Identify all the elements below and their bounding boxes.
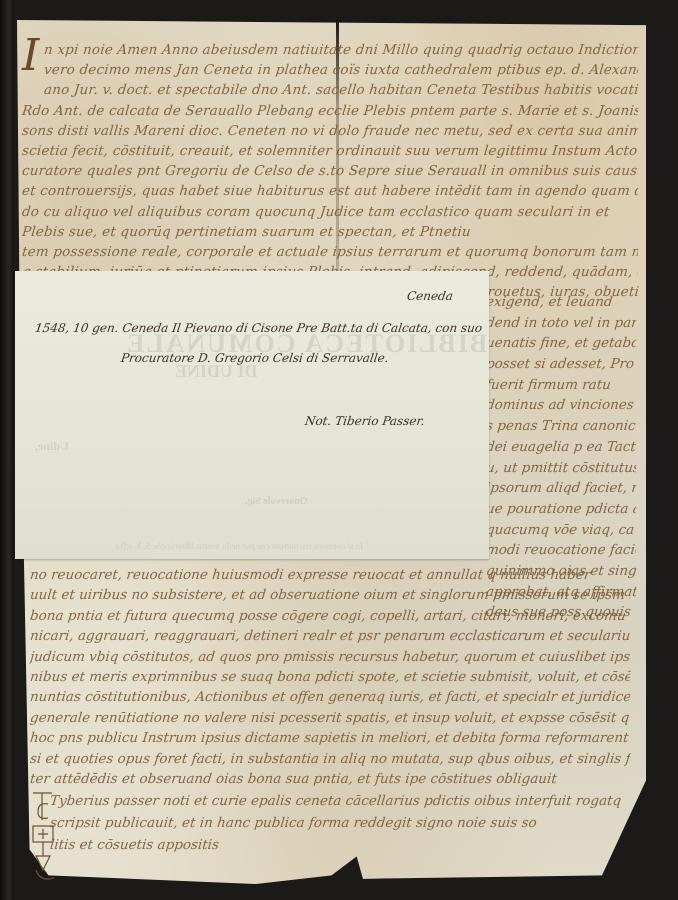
label-signature: Not. Tiberio Passer. [304, 414, 426, 428]
manuscript-line: sons disti vallis Mareni dioc. Ceneten n… [21, 121, 639, 141]
manuscript-line: nuntias cōstitutionibus, Actionibus et o… [29, 687, 631, 707]
manuscript-line: s penas Trina canonica [485, 416, 637, 437]
label-entry-line-1: 1548, 10 gen. Ceneda Il Pievano di Cison… [34, 321, 483, 335]
manuscript-line: curatore quales pnt Gregoriu de Celso de… [21, 161, 639, 181]
show-through-salutation: Onorevole Sig. [245, 496, 308, 507]
manuscript-line: litis et cōsuetis appositis [29, 834, 631, 856]
manuscript-line: generale renūtiatione no valere nisi pce… [29, 708, 631, 728]
manuscript-line: vero decimo mens Jan Ceneta in plathea c… [21, 60, 639, 80]
manuscript-line: nicari, aggrauari, reaggrauari, detineri… [29, 626, 631, 646]
manuscript-line: quacumq vōe viaq, ca son [485, 520, 637, 541]
show-through-place: Udine, [35, 439, 69, 454]
manuscript-line: dend in toto vel in parte [485, 313, 637, 334]
manuscript-line: uult et uiribus no subsistere, et ad obs… [29, 585, 631, 605]
label-entry-line-2: Procuratore D. Gregorio Celsi di Serrava… [120, 351, 390, 365]
manuscript-line: judicum vbiq cōstitutos, ad quos pro pmi… [29, 647, 631, 667]
manuscript-line: Plebis sue, et quorūq pertinetiam suarum… [21, 222, 639, 242]
manuscript-line: u, ut pmittit cōstitutus [485, 458, 637, 479]
manuscript-line: no reuocaret, reuocatione huiusmodi expr… [29, 565, 631, 585]
manuscript-line: exigend, et leuand [485, 292, 637, 313]
manuscript-line: ue pouratione pdicta a [485, 499, 637, 520]
manuscript-line: ter attēdēdis et obseruand oias bona sua… [29, 769, 631, 789]
manuscript-lower-text: no reuocaret, reuocatione huiusmodi expr… [30, 565, 630, 789]
manuscript-line: ipsorum aliqd faciet, neq [485, 478, 637, 499]
manuscript-line: scietia fecit, cōstituit, creauit, et so… [21, 141, 639, 161]
manuscript-main-text: I n xpi noie Amen Anno abeiusdem natiuit… [22, 40, 638, 302]
manuscript-line: si et quoties opus foret facti, in subst… [29, 749, 631, 769]
manuscript-line: scripsit publicauit, et in hanc publica … [29, 812, 631, 834]
manuscript-line: dominus ad vinciones robois [485, 395, 637, 416]
manuscript-line: dei euagelia p ea Tactis sa [485, 437, 637, 458]
manuscript-line: fuerit firmum ratu [485, 375, 637, 396]
show-through-body: In si avessero riscontrato che pur nella… [115, 541, 363, 551]
manuscript-line: Rdo Ant. de calcata de Serauallo Plebang… [21, 101, 639, 121]
manuscript-line: bona pntia et futura quecumq posse cōger… [29, 606, 631, 626]
label-place: Ceneda [406, 289, 454, 303]
manuscript-line: posset si adesset, Pro [485, 354, 637, 375]
manuscript-line: tem possessione reale, corporale et actu… [21, 242, 639, 262]
binding-strip [0, 0, 14, 900]
manuscript-line: modi reuocatione facie [485, 540, 637, 561]
manuscript-line: et controuersijs, quas habet siue habitu… [21, 181, 639, 201]
manuscript-line: nibus et meris exprimnibus se suaq bona … [29, 667, 631, 687]
manuscript-line: uenatis fine, et getabo [485, 333, 637, 354]
manuscript-line: hoc pns publicu Instrum ipsius dictame s… [29, 728, 631, 748]
manuscript-line: do cu aliquo vel aliquibus coram quocunq… [21, 202, 639, 222]
archival-label: BIBLIOTECA COMUNALE DI UDINE Udine, Onor… [15, 271, 489, 559]
manuscript-line: n xpi noie Amen Anno abeiusdem natiuitat… [21, 40, 639, 60]
manuscript-line: ano Jur. v. doct. et spectabile dno Ant.… [21, 80, 639, 100]
notary-subscription: Tyberius passer noti et curie epalis cen… [30, 790, 630, 856]
manuscript-line: Tyberius passer noti et curie epalis cen… [29, 790, 631, 812]
